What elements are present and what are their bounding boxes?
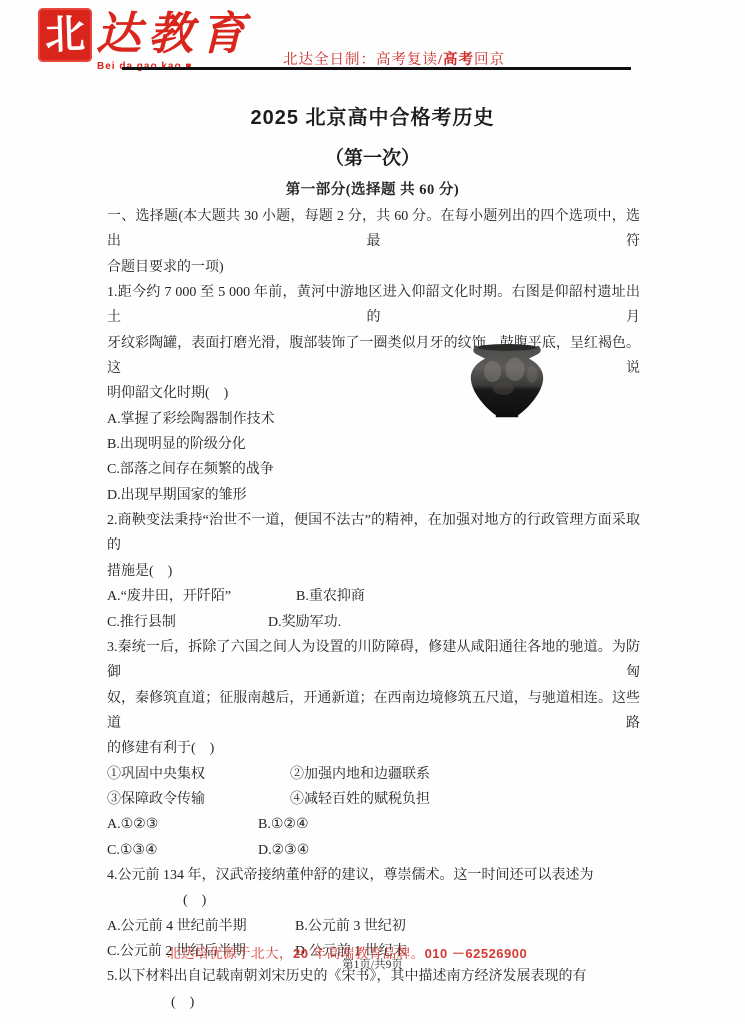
question-2-line: 措施是( )	[107, 559, 640, 584]
question-1-option-c: C.部落之间存在频繁的战争	[107, 457, 640, 482]
question-2-line: 2.商鞅变法秉持“治世不一道，便国不法古”的精神，在加强对地方的行政管理方面采取…	[107, 508, 640, 559]
intro-line: 合题目要求的一项)	[107, 255, 640, 280]
pottery-jar-image	[467, 339, 547, 423]
question-3-statement-3: ③保障政令传输	[107, 787, 290, 812]
question-2-option-c: C.推行县制	[107, 610, 268, 635]
question-3-statement-4: ④减轻百姓的赋税负担	[290, 792, 430, 807]
question-3-option-b: B.①②④	[258, 817, 309, 832]
section-heading: 第一部分(选择题 共 60 分)	[0, 178, 745, 199]
question-3-options-row: A.①②③B.①②④	[107, 812, 640, 837]
exam-page: 北 达教育 Bei da gao kao ■ 北达全日制：高考复读/高考回京 2…	[0, 0, 745, 1024]
page-number: 第1页/共9页	[0, 956, 745, 972]
question-3-line: 奴，秦修筑直道；征服南越后，开通新道；在西南边境修筑五尺道，与驰道相连。这些道路	[107, 686, 640, 737]
question-4-line: 4.公元前 134 年，汉武帝接纳董仲舒的建议，尊崇儒术。这一时间还可以表述为(…	[107, 863, 640, 914]
question-1-line: 1.距今约 7 000 至 5 000 年前，黄河中游地区进入仰韶文化时期。右图…	[107, 280, 640, 331]
tagline-bold: /高考	[438, 52, 474, 68]
header-tagline: 北达全日制：高考复读/高考回京	[283, 48, 505, 69]
question-1-option-a: A.掌握了彩绘陶器制作技术	[107, 407, 640, 432]
question-2-options-row: C.推行县制D.奖励军功.	[107, 610, 640, 635]
question-4-text: 4.公元前 134 年，汉武帝接纳董仲舒的建议，尊崇儒术。这一时间还可以表述为	[107, 868, 594, 883]
question-3-options-row: C.①③④D.②③④	[107, 838, 640, 863]
question-4-answer-paren: ( )	[183, 893, 206, 908]
question-3-statements-row: ①巩固中央集权②加强内地和边疆联系	[107, 762, 640, 787]
question-2-option-b: B.重农抑商	[296, 589, 365, 604]
tagline-post: 回京	[474, 52, 505, 68]
intro-line: 一、选择题(本大题共 30 小题，每题 2 分，共 60 分。在每小题列出的四个…	[107, 204, 640, 255]
tagline-pre: 北达全日制：高考复读	[283, 52, 438, 68]
question-3-statements-row: ③保障政令传输④减轻百姓的赋税负担	[107, 787, 640, 812]
header-divider	[122, 67, 631, 70]
question-3-line: 3.秦统一后，拆除了六国之间人为设置的川防障碍，修建从咸阳通往各地的驰道。为防御…	[107, 635, 640, 686]
question-4-option-a: A.公元前 4 世纪前半期	[107, 914, 295, 939]
question-4-options-row: A.公元前 4 世纪前半期B.公元前 3 世纪初	[107, 914, 640, 939]
page-subtitle: （第一次）	[0, 143, 745, 170]
seal-character: 北	[44, 14, 85, 55]
question-2-options-row: A.“废井田，开阡陌”B.重农抑商	[107, 584, 640, 609]
exam-body: 一、选择题(本大题共 30 小题，每题 2 分，共 60 分。在每小题列出的四个…	[107, 204, 640, 1015]
question-4-option-b: B.公元前 3 世纪初	[295, 919, 406, 934]
question-3-statement-2: ②加强内地和边疆联系	[290, 767, 430, 782]
brand-name: 达教育	[96, 6, 252, 62]
question-3-option-d: D.②③④	[258, 843, 309, 858]
question-3-statement-1: ①巩固中央集权	[107, 762, 290, 787]
question-5-answer-paren: ( )	[171, 995, 194, 1010]
question-2-option-a: A.“废井田，开阡陌”	[107, 584, 296, 609]
beida-logo-seal-icon: 北	[38, 8, 92, 62]
page-title: 2025 北京高中合格考历史	[0, 101, 745, 130]
question-3-option-a: A.①②③	[107, 812, 258, 837]
question-3-option-c: C.①③④	[107, 838, 258, 863]
question-3-line: 的修建有利于( )	[107, 736, 640, 761]
question-1-line: 牙纹彩陶罐，表面打磨光滑，腹部装饰了一圈类似月牙的纹饰，鼓腹平底，呈红褐色。这说	[107, 331, 640, 382]
question-1-line: 明仰韶文化时期( )	[107, 381, 640, 406]
question-1-option-d: D.出现早期国家的雏形	[107, 483, 640, 508]
question-2-option-d: D.奖励军功.	[268, 615, 341, 630]
question-1-option-b: B.出现明显的阶级分化	[107, 432, 640, 457]
